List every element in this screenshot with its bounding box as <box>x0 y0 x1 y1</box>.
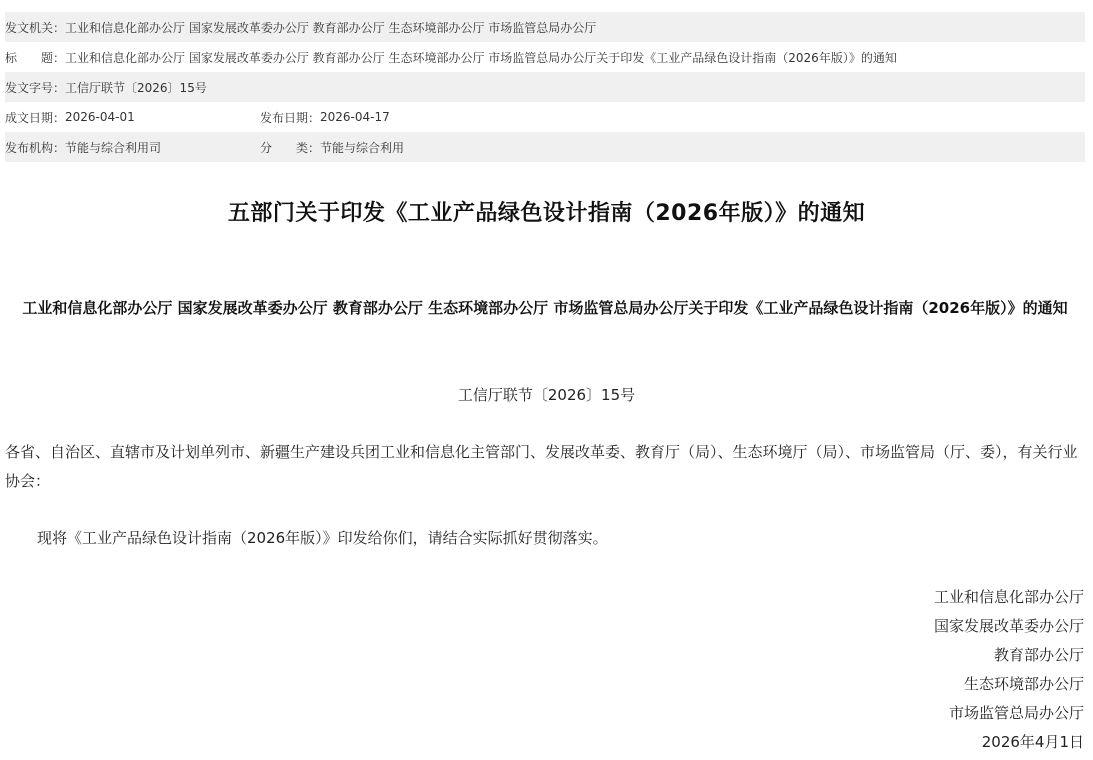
issuer-pair: 发布机构： 节能与综合利用司 <box>5 139 260 156</box>
body-paragraph: 现将《工业产品绿色设计指南（2026年版）》印发给你们，请结合实际抓好贯彻落实。 <box>37 526 1077 550</box>
signature-block: 工业和信息化部办公厅 国家发展改革委办公厅 教育部办公厅 生态环境部办公厅 市场… <box>684 583 1084 757</box>
meta-label: 发文机关： <box>5 19 65 36</box>
published-date-pair: 发布日期： 2026-04-17 <box>260 109 390 126</box>
meta-label: 发布机构： <box>5 139 65 156</box>
written-date-pair: 成文日期： 2026-04-01 <box>5 109 260 126</box>
meta-label: 发布日期： <box>260 109 320 126</box>
document-metadata-table: 发文机关： 工业和信息化部办公厅 国家发展改革委办公厅 教育部办公厅 生态环境部… <box>5 12 1085 162</box>
category-pair: 分 类： 节能与综合利用 <box>260 139 404 156</box>
meta-label: 标 题： <box>5 49 65 66</box>
meta-label: 成文日期： <box>5 109 65 126</box>
meta-row-title: 标 题： 工业和信息化部办公厅 国家发展改革委办公厅 教育部办公厅 生态环境部办… <box>5 42 1085 72</box>
meta-label: 发文字号： <box>5 79 65 96</box>
issuer: 节能与综合利用司 <box>65 139 161 156</box>
signature-line: 国家发展改革委办公厅 <box>684 612 1084 641</box>
document-number: 工信厅联节〔2026〕15号 <box>0 384 1093 405</box>
meta-row-org: 发布机构： 节能与综合利用司 分 类： 节能与综合利用 <box>5 132 1085 162</box>
meta-row-issuing-agencies: 发文机关： 工业和信息化部办公厅 国家发展改革委办公厅 教育部办公厅 生态环境部… <box>5 12 1085 42</box>
document-subtitle: 工业和信息化部办公厅 国家发展改革委办公厅 教育部办公厅 生态环境部办公厅 市场… <box>5 294 1085 323</box>
addressees-paragraph: 各省、自治区、直辖市及计划单列市、新疆生产建设兵团工业和信息化主管部门、发展改革… <box>5 438 1085 496</box>
signature-line: 市场监管总局办公厅 <box>684 699 1084 728</box>
meta-row-dates: 成文日期： 2026-04-01 发布日期： 2026-04-17 <box>5 102 1085 132</box>
signature-line: 工业和信息化部办公厅 <box>684 583 1084 612</box>
page-title: 五部门关于印发《工业产品绿色设计指南（2026年版）》的通知 <box>0 196 1093 227</box>
meta-value: 工业和信息化部办公厅 国家发展改革委办公厅 教育部办公厅 生态环境部办公厅 市场… <box>65 49 897 66</box>
signature-line: 生态环境部办公厅 <box>684 670 1084 699</box>
signature-date: 2026年4月1日 <box>684 728 1084 757</box>
meta-row-document-number: 发文字号： 工信厅联节〔2026〕15号 <box>5 72 1085 102</box>
meta-value: 工信厅联节〔2026〕15号 <box>65 79 207 96</box>
category: 节能与综合利用 <box>320 139 404 156</box>
written-date: 2026-04-01 <box>65 110 135 124</box>
published-date: 2026-04-17 <box>320 110 390 124</box>
meta-value: 工业和信息化部办公厅 国家发展改革委办公厅 教育部办公厅 生态环境部办公厅 市场… <box>65 19 596 36</box>
meta-label: 分 类： <box>260 139 320 156</box>
signature-line: 教育部办公厅 <box>684 641 1084 670</box>
